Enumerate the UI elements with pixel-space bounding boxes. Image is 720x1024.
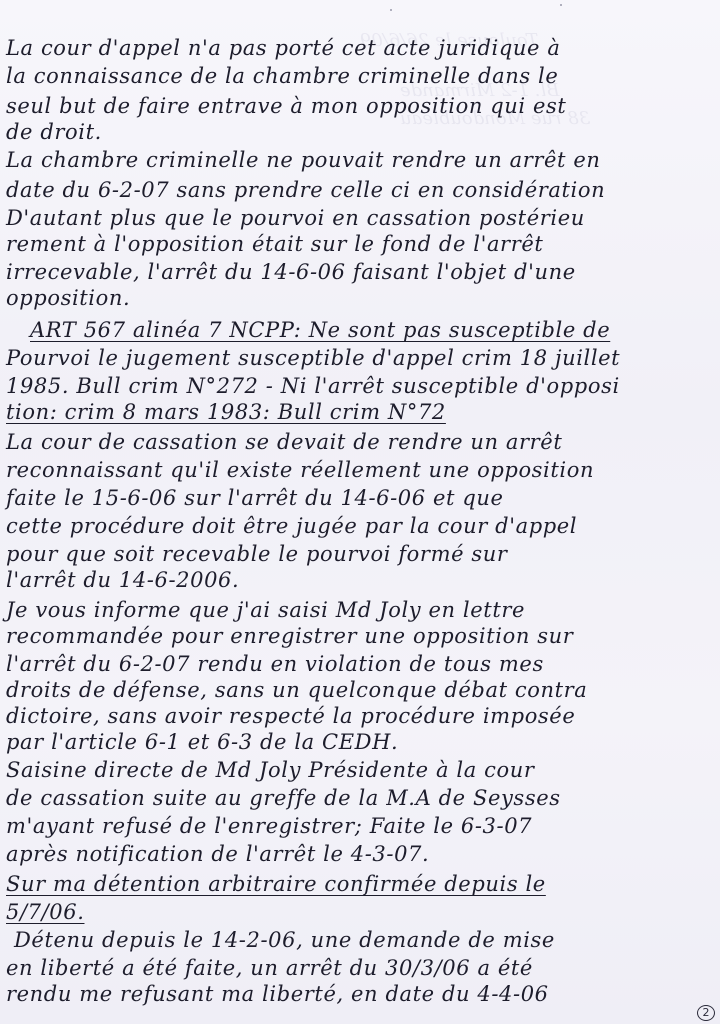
handwritten-document-page: Toulouse le 26/6/09 Bl. 1-2 Mirmande 38 …	[0, 0, 720, 1024]
text-line: reconnaissant qu'il existe réellement un…	[6, 456, 594, 484]
underlined-heading: Sur ma détention arbitraire confirmée de…	[6, 870, 546, 898]
text-line: seul but de faire entrave à mon oppositi…	[6, 92, 566, 120]
text-line: m'ayant refusé de l'enregistrer; Faite l…	[6, 812, 532, 840]
text-line: pour que soit recevable le pourvoi formé…	[6, 540, 508, 568]
text-line: en liberté a été faite, un arrêt du 30/3…	[6, 954, 533, 982]
text-line: opposition.	[6, 284, 130, 312]
paper-speck	[390, 9, 392, 11]
text-line: droits de défense, sans un quelconque dé…	[6, 676, 587, 704]
text-line: 1985. Bull crim N°272 - Ni l'arrêt susce…	[6, 372, 620, 400]
text-line: irrecevable, l'arrêt du 14-6-06 faisant …	[6, 258, 576, 286]
text-line: après notification de l'arrêt le 4-3-07.	[6, 840, 429, 868]
text-line: D'autant plus que le pourvoi en cassatio…	[6, 204, 585, 232]
paper-speck	[560, 4, 562, 6]
text-line: dictoire, sans avoir respecté la procédu…	[6, 702, 575, 730]
text-line: Je vous informe que j'ai saisi Md Joly e…	[6, 596, 525, 624]
text-line: recommandée pour enregistrer une opposit…	[6, 622, 573, 650]
underlined-article-reference: ART 567 alinéa 7 NCPP: Ne sont pas susce…	[30, 316, 610, 344]
text-line: Détenu depuis le 14-2-06, une demande de…	[14, 926, 555, 954]
text-line: cette procédure doit être jugée par la c…	[6, 512, 577, 540]
text-line: La chambre criminelle ne pouvait rendre …	[6, 146, 601, 174]
text-line: de cassation suite au greffe de la M.A d…	[6, 784, 561, 812]
text-line: Saisine directe de Md Joly Présidente à …	[6, 756, 534, 784]
underlined-heading: 5/7/06.	[6, 898, 84, 926]
text-line: l'arrêt du 14-6-2006.	[6, 566, 239, 594]
text-line: rendu me refusant ma liberté, en date du…	[6, 980, 549, 1008]
text-line: La cour d'appel n'a pas porté cet acte j…	[6, 34, 560, 62]
page-number-badge: 2	[697, 1005, 715, 1021]
text-line: La cour de cassation se devait de rendre…	[6, 428, 562, 456]
text-line: rement à l'opposition était sur le fond …	[6, 230, 543, 258]
text-line: date du 6-2-07 sans prendre celle ci en …	[6, 176, 605, 204]
underlined-citation: tion: crim 8 mars 1983: Bull crim N°72	[6, 398, 446, 426]
text-line: faite le 15-6-06 sur l'arrêt du 14-6-06 …	[6, 484, 504, 512]
text-line: Pourvoi le jugement susceptible d'appel …	[6, 344, 620, 372]
text-line: la connaissance de la chambre criminelle…	[6, 62, 558, 90]
text-line: l'arrêt du 6-2-07 rendu en violation de …	[6, 650, 544, 678]
text-line: par l'article 6-1 et 6-3 de la CEDH.	[6, 728, 398, 756]
text-line: de droit.	[6, 118, 102, 146]
